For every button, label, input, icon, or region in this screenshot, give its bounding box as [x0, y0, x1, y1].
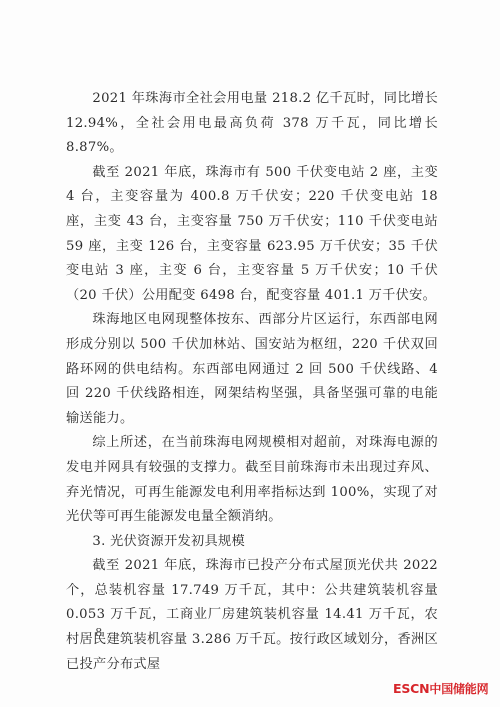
page-number: - 8 -: [84, 626, 115, 639]
paragraph-electricity-consumption: 2021 年珠海市全社会用电量 218.2 亿千瓦时，同比增长 12.94%，全…: [66, 87, 438, 161]
paragraph-rooftop-pv: 截至 2021 年底，珠海市已投产分布式屋顶光伏共 2022 个，总装机容量 1…: [66, 554, 438, 677]
paragraph-summary: 综上所述，在当前珠海电网规模相对超前，对珠海电源的发电并网具有较强的支撑力。截至…: [66, 431, 438, 529]
section-heading: 3. 光伏资源开发初具规模: [66, 530, 438, 555]
watermark-chinese: 中国储能网: [429, 682, 488, 696]
paragraph-grid-structure: 珠海地区电网现整体按东、西部分片区运行，东西部电网形成分别以 500 千伏加林站…: [66, 308, 438, 431]
document-body: 2021 年珠海市全社会用电量 218.2 亿千瓦时，同比增长 12.94%，全…: [66, 87, 438, 677]
paragraph-substations: 截至 2021 年底，珠海市有 500 千伏变电站 2 座，主变 4 台，主变容…: [66, 161, 438, 309]
watermark-latin: ESCN: [393, 681, 429, 696]
escn-watermark-logo: ESCN中国储能网: [393, 680, 488, 697]
document-page: 2021 年珠海市全社会用电量 218.2 亿千瓦时，同比增长 12.94%，全…: [0, 0, 500, 707]
